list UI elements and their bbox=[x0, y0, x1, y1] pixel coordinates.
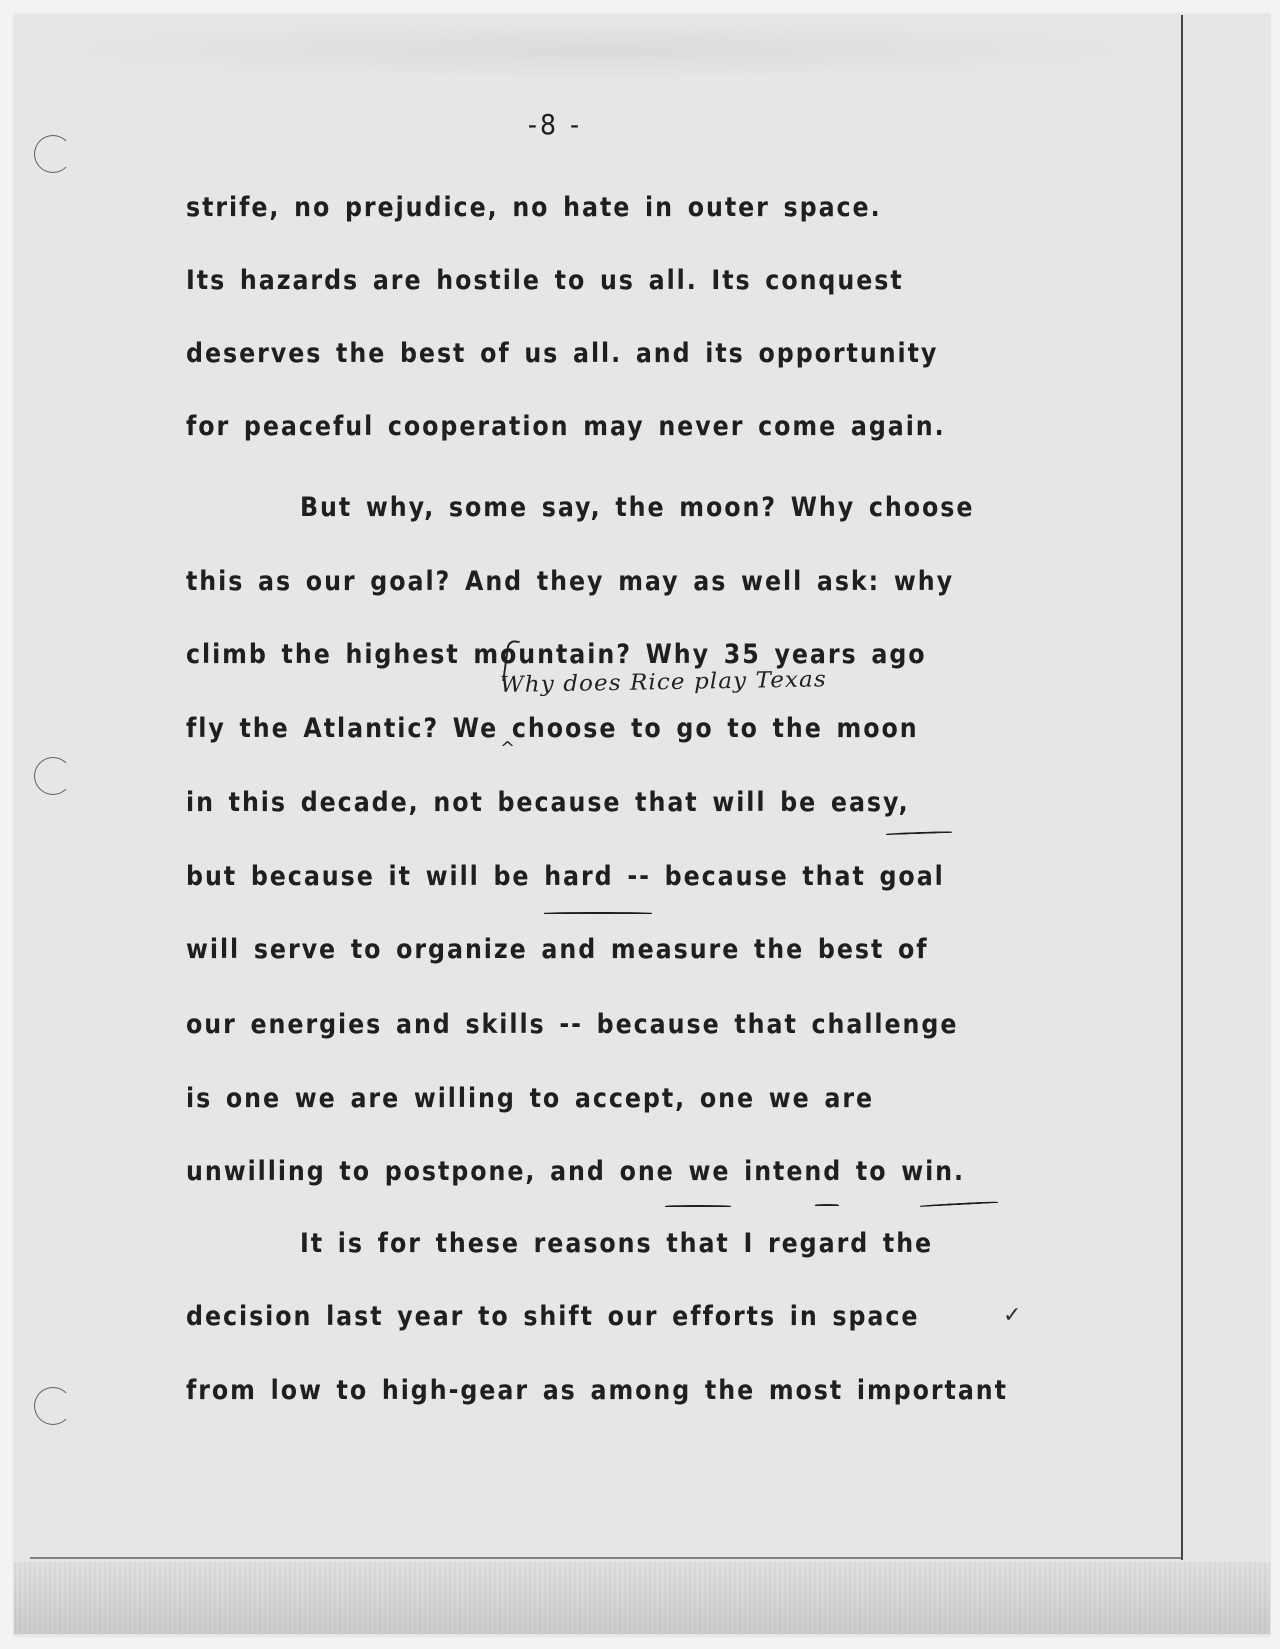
text-line: Its hazards are hostile to us all. Its c… bbox=[186, 264, 904, 298]
text-line: in this decade, not because that will be… bbox=[186, 786, 910, 820]
text-line: this as our goal? And they may as well a… bbox=[186, 565, 954, 599]
right-margin-rule bbox=[1181, 15, 1183, 1560]
text-line: from low to high-gear as among the most … bbox=[186, 1374, 1008, 1408]
punch-hole-icon bbox=[34, 1387, 72, 1425]
punch-hole-icon bbox=[34, 757, 72, 795]
text-line: will serve to organize and measure the b… bbox=[186, 933, 929, 967]
text-line: But why, some say, the moon? Why choose bbox=[300, 491, 974, 525]
handwritten-underline-one bbox=[665, 1205, 731, 1207]
text-line: strife, no prejudice, no hate in outer s… bbox=[186, 191, 882, 225]
text-line: fly the Atlantic? We choose to go to the… bbox=[186, 712, 919, 746]
insert-caret-icon: ^ bbox=[500, 738, 515, 759]
text-line: but because it will be hard -- because t… bbox=[186, 860, 945, 894]
text-line: It is for these reasons that I regard th… bbox=[300, 1227, 933, 1261]
text-line: unwilling to postpone, and one we intend… bbox=[186, 1155, 965, 1189]
text-line: is one we are willing to accept, one we … bbox=[186, 1082, 874, 1116]
text-line: deserves the best of us all. and its opp… bbox=[186, 337, 938, 371]
page-number: -8 - bbox=[0, 108, 1110, 141]
handwritten-underline-intend bbox=[815, 1204, 839, 1206]
bottom-margin-rule bbox=[30, 1557, 1182, 1559]
text-line: decision last year to shift our efforts … bbox=[186, 1300, 919, 1334]
text-line: our energies and skills -- because that … bbox=[186, 1008, 958, 1042]
check-mark-icon: ✓ bbox=[1003, 1303, 1021, 1328]
handwritten-underline-hard bbox=[544, 912, 652, 914]
text-line: for peaceful cooperation may never come … bbox=[186, 410, 946, 444]
scan-noise-top bbox=[20, 20, 1180, 80]
scan-noise-bottom bbox=[14, 1562, 1270, 1634]
